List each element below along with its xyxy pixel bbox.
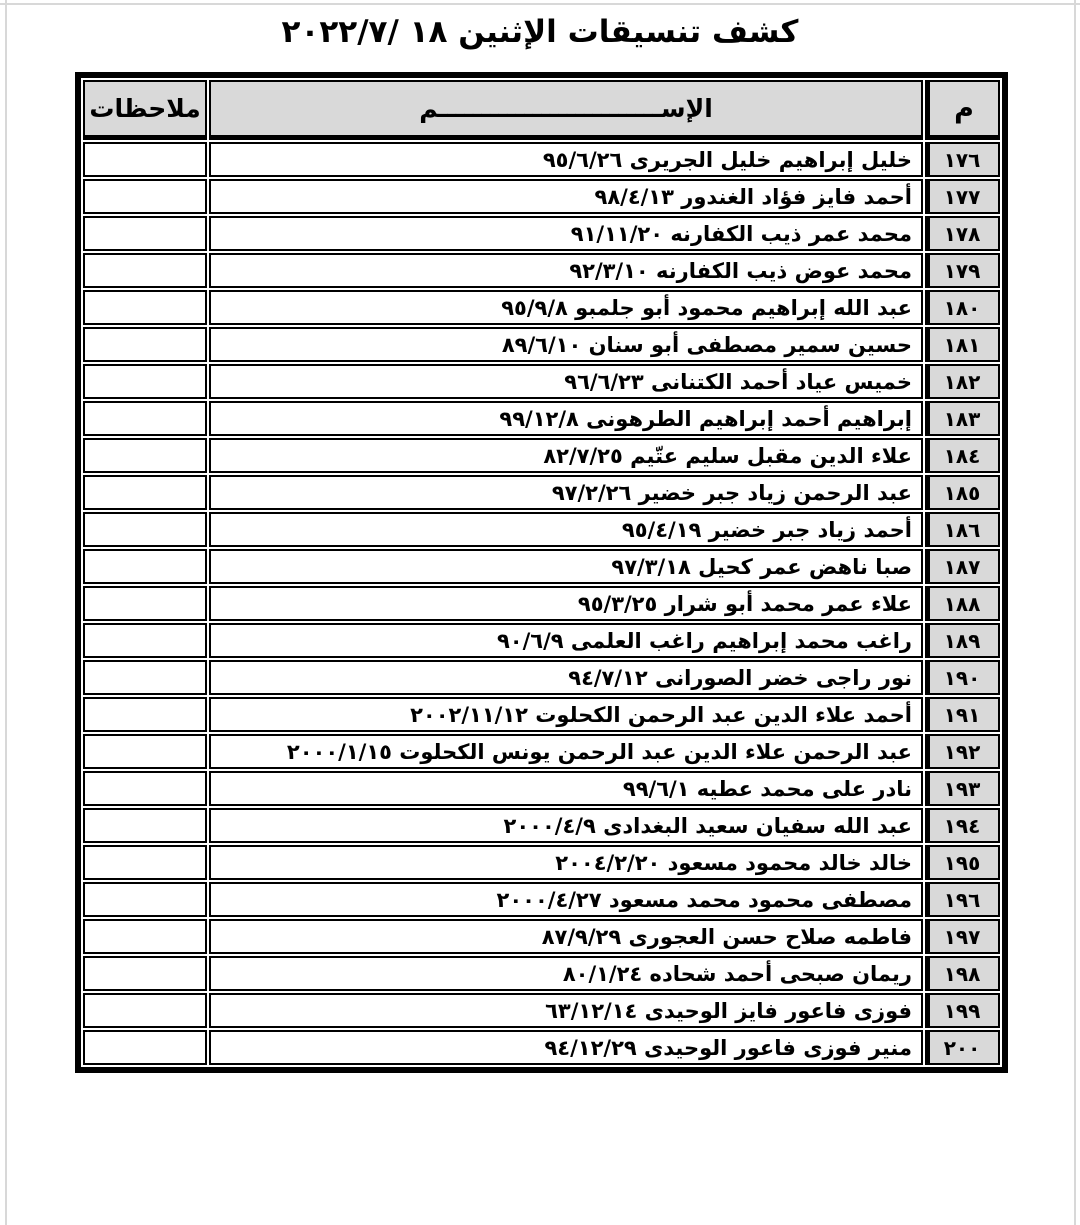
row-number-cell: ٢٠٠ xyxy=(925,1030,1000,1065)
row-name-cell: محمد عوض ذيب الكفارنه ٩٢/٣/١٠ xyxy=(209,253,923,288)
row-number-cell: ١٩٠ xyxy=(925,660,1000,695)
page-edge-top xyxy=(0,3,1080,5)
row-name-cell: حسين سمير مصطفى أبو سنان ٨٩/٦/١٠ xyxy=(209,327,923,362)
column-header-notes: ملاحظات xyxy=(83,80,207,140)
table-row: ١٩١أحمد علاء الدين عبد الرحمن الكحلوت ٢٠… xyxy=(83,697,1000,732)
row-name-cell: إبراهيم أحمد إبراهيم الطرهونى ٩٩/١٢/٨ xyxy=(209,401,923,436)
table-row: ١٨٨علاء عمر محمد أبو شرار ٩٥/٣/٢٥ xyxy=(83,586,1000,621)
row-number-cell: ١٨٤ xyxy=(925,438,1000,473)
table-row: ١٧٨محمد عمر ذيب الكفارنه ٩١/١١/٢٠ xyxy=(83,216,1000,251)
row-number-cell: ١٧٧ xyxy=(925,179,1000,214)
table-row: ١٩٠نور راجى خضر الصورانى ٩٤/٧/١٢ xyxy=(83,660,1000,695)
row-notes-cell xyxy=(83,327,207,362)
row-name-cell: خالد خالد محمود مسعود ٢٠٠٤/٢/٢٠ xyxy=(209,845,923,880)
row-number-cell: ١٧٦ xyxy=(925,142,1000,177)
row-name-cell: نور راجى خضر الصورانى ٩٤/٧/١٢ xyxy=(209,660,923,695)
row-number-cell: ١٨١ xyxy=(925,327,1000,362)
row-notes-cell xyxy=(83,993,207,1028)
row-name-cell: عبد الرحمن علاء الدين عبد الرحمن يونس ال… xyxy=(209,734,923,769)
row-number-cell: ١٨٦ xyxy=(925,512,1000,547)
page-title: كشف تنسيقات الإثنين ٢٠٢٢/٧/ ١٨ xyxy=(0,14,1080,50)
row-name-cell: فاطمه صلاح حسن العجورى ٨٧/٩/٢٩ xyxy=(209,919,923,954)
row-name-cell: عبد الله سفيان سعيد البغدادى ٢٠٠٠/٤/٩ xyxy=(209,808,923,843)
row-name-cell: علاء الدين مقبل سليم عتّيم ٨٢/٧/٢٥ xyxy=(209,438,923,473)
row-number-cell: ١٨٣ xyxy=(925,401,1000,436)
row-number-cell: ١٨٠ xyxy=(925,290,1000,325)
row-notes-cell xyxy=(83,290,207,325)
table-row: ١٧٩محمد عوض ذيب الكفارنه ٩٢/٣/١٠ xyxy=(83,253,1000,288)
row-notes-cell xyxy=(83,919,207,954)
table-row: ١٩٩فوزى فاعور فايز الوحيدى ٦٣/١٢/١٤ xyxy=(83,993,1000,1028)
row-notes-cell xyxy=(83,364,207,399)
row-notes-cell xyxy=(83,771,207,806)
row-number-cell: ١٩٦ xyxy=(925,882,1000,917)
row-number-cell: ١٩٥ xyxy=(925,845,1000,880)
row-notes-cell xyxy=(83,623,207,658)
table-row: ١٨٤علاء الدين مقبل سليم عتّيم ٨٢/٧/٢٥ xyxy=(83,438,1000,473)
row-name-cell: نادر على محمد عطيه ٩٩/٦/١ xyxy=(209,771,923,806)
table-row: ١٨٩راغب محمد إبراهيم راغب العلمى ٩٠/٦/٩ xyxy=(83,623,1000,658)
row-number-cell: ١٩٣ xyxy=(925,771,1000,806)
row-name-cell: فوزى فاعور فايز الوحيدى ٦٣/١٢/١٤ xyxy=(209,993,923,1028)
row-notes-cell xyxy=(83,734,207,769)
row-name-cell: أحمد علاء الدين عبد الرحمن الكحلوت ٢٠٠٢/… xyxy=(209,697,923,732)
row-name-cell: محمد عمر ذيب الكفارنه ٩١/١١/٢٠ xyxy=(209,216,923,251)
row-notes-cell xyxy=(83,1030,207,1065)
row-name-cell: خميس عياد أحمد الكتنانى ٩٦/٦/٢٣ xyxy=(209,364,923,399)
row-name-cell: مصطفى محمود محمد مسعود ٢٠٠٠/٤/٢٧ xyxy=(209,882,923,917)
table-row: ١٩٧فاطمه صلاح حسن العجورى ٨٧/٩/٢٩ xyxy=(83,919,1000,954)
row-name-cell: أحمد فايز فؤاد الغندور ٩٨/٤/١٣ xyxy=(209,179,923,214)
row-notes-cell xyxy=(83,697,207,732)
row-name-cell: راغب محمد إبراهيم راغب العلمى ٩٠/٦/٩ xyxy=(209,623,923,658)
page-edge-left xyxy=(5,0,7,1225)
row-notes-cell xyxy=(83,475,207,510)
table-row: ١٨٠عبد الله إبراهيم محمود أبو جلمبو ٩٥/٩… xyxy=(83,290,1000,325)
row-number-cell: ١٨٧ xyxy=(925,549,1000,584)
row-number-cell: ١٨٥ xyxy=(925,475,1000,510)
row-notes-cell xyxy=(83,253,207,288)
table-row: ١٧٧أحمد فايز فؤاد الغندور ٩٨/٤/١٣ xyxy=(83,179,1000,214)
row-number-cell: ١٨٩ xyxy=(925,623,1000,658)
row-name-cell: منير فوزى فاعور الوحيدى ٩٤/١٢/٢٩ xyxy=(209,1030,923,1065)
row-name-cell: خليل إبراهيم خليل الجريرى ٩٥/٦/٢٦ xyxy=(209,142,923,177)
row-notes-cell xyxy=(83,438,207,473)
page-title-text: كشف تنسيقات الإثنين xyxy=(458,14,798,50)
table-row: ١٨٣إبراهيم أحمد إبراهيم الطرهونى ٩٩/١٢/٨ xyxy=(83,401,1000,436)
row-name-cell: عبد الرحمن زياد جبر خضير ٩٧/٢/٢٦ xyxy=(209,475,923,510)
row-name-cell: أحمد زياد جبر خضير ٩٥/٤/١٩ xyxy=(209,512,923,547)
table-row: ١٨٥عبد الرحمن زياد جبر خضير ٩٧/٢/٢٦ xyxy=(83,475,1000,510)
row-number-cell: ١٩٩ xyxy=(925,993,1000,1028)
row-notes-cell xyxy=(83,216,207,251)
row-notes-cell xyxy=(83,179,207,214)
row-number-cell: ١٩١ xyxy=(925,697,1000,732)
row-notes-cell xyxy=(83,956,207,991)
table-row: ١٩٦مصطفى محمود محمد مسعود ٢٠٠٠/٤/٢٧ xyxy=(83,882,1000,917)
row-notes-cell xyxy=(83,142,207,177)
row-number-cell: ١٧٩ xyxy=(925,253,1000,288)
row-notes-cell xyxy=(83,549,207,584)
row-name-cell: صبا ناهض عمر كحيل ٩٧/٣/١٨ xyxy=(209,549,923,584)
table-row: ١٩٨ريمان صبحى أحمد شحاده ٨٠/١/٢٤ xyxy=(83,956,1000,991)
row-number-cell: ١٨٨ xyxy=(925,586,1000,621)
table-row: ١٨٦أحمد زياد جبر خضير ٩٥/٤/١٩ xyxy=(83,512,1000,547)
table-row: ١٨٢خميس عياد أحمد الكتنانى ٩٦/٦/٢٣ xyxy=(83,364,1000,399)
table-row: ١٩٣نادر على محمد عطيه ٩٩/٦/١ xyxy=(83,771,1000,806)
table-row: ١٨١حسين سمير مصطفى أبو سنان ٨٩/٦/١٠ xyxy=(83,327,1000,362)
row-notes-cell xyxy=(83,512,207,547)
row-number-cell: ١٩٨ xyxy=(925,956,1000,991)
row-notes-cell xyxy=(83,660,207,695)
row-notes-cell xyxy=(83,586,207,621)
table-row: ١٧٦خليل إبراهيم خليل الجريرى ٩٥/٦/٢٦ xyxy=(83,142,1000,177)
row-notes-cell xyxy=(83,882,207,917)
row-notes-cell xyxy=(83,845,207,880)
column-header-name: الإســــــــــــــــــــــــــم xyxy=(209,80,923,140)
table-header-row: م الإســــــــــــــــــــــــــم ملاحظا… xyxy=(83,80,1000,140)
row-number-cell: ١٧٨ xyxy=(925,216,1000,251)
column-header-number: م xyxy=(925,80,1000,140)
table-row: ٢٠٠منير فوزى فاعور الوحيدى ٩٤/١٢/٢٩ xyxy=(83,1030,1000,1065)
row-number-cell: ١٨٢ xyxy=(925,364,1000,399)
row-number-cell: ١٩٧ xyxy=(925,919,1000,954)
row-name-cell: عبد الله إبراهيم محمود أبو جلمبو ٩٥/٩/٨ xyxy=(209,290,923,325)
document-page: كشف تنسيقات الإثنين ٢٠٢٢/٧/ ١٨ م الإســـ… xyxy=(0,0,1080,1225)
row-name-cell: علاء عمر محمد أبو شرار ٩٥/٣/٢٥ xyxy=(209,586,923,621)
row-name-cell: ريمان صبحى أحمد شحاده ٨٠/١/٢٤ xyxy=(209,956,923,991)
table-row: ١٩٢عبد الرحمن علاء الدين عبد الرحمن يونس… xyxy=(83,734,1000,769)
table-row: ١٨٧صبا ناهض عمر كحيل ٩٧/٣/١٨ xyxy=(83,549,1000,584)
table-row: ١٩٥خالد خالد محمود مسعود ٢٠٠٤/٢/٢٠ xyxy=(83,845,1000,880)
page-edge-right xyxy=(1074,0,1076,1225)
row-notes-cell xyxy=(83,808,207,843)
roster-table: م الإســــــــــــــــــــــــــم ملاحظا… xyxy=(75,72,1008,1073)
page-title-date: ٢٠٢٢/٧/ ١٨ xyxy=(282,14,448,50)
row-number-cell: ١٩٢ xyxy=(925,734,1000,769)
table-body: ١٧٦خليل إبراهيم خليل الجريرى ٩٥/٦/٢٦١٧٧أ… xyxy=(83,142,1000,1065)
row-number-cell: ١٩٤ xyxy=(925,808,1000,843)
row-notes-cell xyxy=(83,401,207,436)
table-row: ١٩٤عبد الله سفيان سعيد البغدادى ٢٠٠٠/٤/٩ xyxy=(83,808,1000,843)
